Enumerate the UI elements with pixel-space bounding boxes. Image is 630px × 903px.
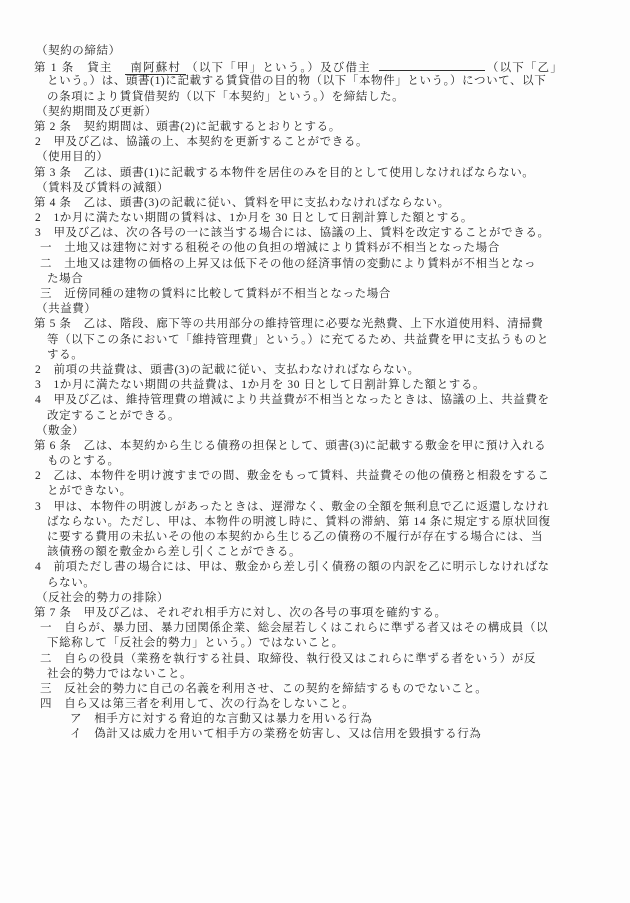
clause-heading: （反社会的勢力の排除） <box>34 591 594 606</box>
clause-heading: （契約の締結） <box>34 44 594 59</box>
item-continuation-line: 社会的勢力ではないこと。 <box>34 667 594 682</box>
paragraph-line: 4 甲及び乙は、維持管理費の増減により共益費が不相当となったときは、協議の上、共… <box>34 393 594 408</box>
clause-heading: （賃料及び賃料の減額） <box>34 181 594 196</box>
item-line: 一 土地又は建物に対する租税その他の負担の増減により賃料が不相当となった場合 <box>34 241 594 256</box>
paragraph-continuation-line: する。 <box>34 348 594 363</box>
paragraph-line: 2 甲及び乙は、協議の上、本契約を更新することができる。 <box>34 135 594 150</box>
lessor-name-filled-field: 南阿蘇村 <box>125 62 186 75</box>
paragraph-continuation-line: とができない。 <box>34 484 594 499</box>
paragraph-continuation-line: ものとする。 <box>34 454 594 469</box>
paragraph-continuation-line: の条項により賃貸借契約（以下「本契約」という。）を締結した。 <box>34 90 594 105</box>
paragraph-line: 2 1か月に満たない期間の賃料は、1か月を 30 日として日割計算した額とする。 <box>34 211 594 226</box>
item-line: 一 自らが、暴力団、暴力団関係企業、総会屋若しくはこれらに準ずる者又はその構成員… <box>34 621 594 636</box>
item-line: 三 反社会的勢力に自己の名義を利用させ、この契約を締結するものでないこと。 <box>34 682 594 697</box>
clause-heading: （使用目的） <box>34 150 594 165</box>
clause-heading: （共益費） <box>34 302 594 317</box>
paragraph-line: 2 乙は、本物件を明け渡すまでの間、敷金をもって賃料、共益費その他の債務と相殺を… <box>34 469 594 484</box>
paragraph-continuation-line: 改定することができる。 <box>34 409 594 424</box>
item-line: 二 自らの役員（業務を執行する社員、取締役、執行役又はこれらに準ずる者をいう）が… <box>34 652 594 667</box>
article-line: 第 6 条 乙は、本契約から生じる債務の担保として、頭書(3)に記載する敷金を甲… <box>34 439 594 454</box>
paragraph-continuation-line: に要する費用の未払いその他の本契約から生じる乙の債務の不履行が存在する場合には、… <box>34 530 594 545</box>
parties-text: （以下「乙」 <box>487 62 563 74</box>
clause-heading: （契約期間及び更新） <box>34 105 594 120</box>
paragraph-continuation-line: 該債務の額を敷金から差し引くことができる。 <box>34 545 594 560</box>
clause-heading: （敷金） <box>34 424 594 439</box>
article-line: 第 4 条 乙は、頭書(3)の記載に従い、賃料を甲に支払わなければならない。 <box>34 196 594 211</box>
paragraph-continuation-line: という。）は、頭書(1)に記載する賃貸借の目的物（以下「本物件」という。）につい… <box>34 74 594 89</box>
parties-text: （以下「甲」という。）及び借主 <box>186 62 371 74</box>
article-line: 第 5 条 乙は、階段、廊下等の共用部分の維持管理に必要な光熱費、上下水道使用料… <box>34 317 594 332</box>
paragraph-line: 4 前項ただし書の場合には、甲は、敷金から差し引く債務の額の内訳を乙に明示しなけ… <box>34 560 594 575</box>
subitem-line: ア 相手方に対する脅迫的な言動又は暴力を用いる行為 <box>34 712 594 727</box>
article-line: 第 7 条 甲及び乙は、それぞれ相手方に対し、次の各号の事項を確約する。 <box>34 606 594 621</box>
lessee-name-blank-field <box>379 59 485 71</box>
article-parties-line: 第 1 条 貸主 南阿蘇村（以下「甲」という。）及び借主（以下「乙」 <box>34 59 594 74</box>
paragraph-continuation-line: らない。 <box>34 576 594 591</box>
subitem-line: イ 偽計又は威力を用いて相手方の業務を妨害し、又は信用を毀損する行為 <box>34 727 594 742</box>
parties-text: 第 1 条 貸主 <box>34 62 125 74</box>
item-line: 三 近傍同種の建物の賃料に比較して賃料が不相当となった場合 <box>34 287 594 302</box>
item-continuation-line: た場合 <box>34 272 594 287</box>
item-line: 四 自ら又は第三者を利用して、次の行為をしないこと。 <box>34 697 594 712</box>
contract-page: （契約の締結）第 1 条 貸主 南阿蘇村（以下「甲」という。）及び借主（以下「乙… <box>0 0 630 903</box>
article-line: 第 2 条 契約期間は、頭書(2)に記載するとおりとする。 <box>34 120 594 135</box>
item-line: 二 土地又は建物の価格の上昇又は低下その他の経済事情の変動により賃料が不相当とな… <box>34 257 594 272</box>
article-line: 第 3 条 乙は、頭書(1)に記載する本物件を居住のみを目的として使用しなければ… <box>34 166 594 181</box>
paragraph-continuation-line: 等（以下この条において「維持管理費」という。）に充てるため、共益費を甲に支払うも… <box>34 333 594 348</box>
paragraph-line: 3 甲及び乙は、次の各号の一に該当する場合には、協議の上、賃料を改定することがで… <box>34 226 594 241</box>
paragraph-continuation-line: ばならない。ただし、甲は、本物件の明渡し時に、賃料の滞納、第 14 条に規定する… <box>34 515 594 530</box>
paragraph-line: 3 1か月に満たない期間の共益費は、1か月を 30 日として日割計算した額とする… <box>34 378 594 393</box>
contract-body: （契約の締結）第 1 条 貸主 南阿蘇村（以下「甲」という。）及び借主（以下「乙… <box>34 44 594 743</box>
item-continuation-line: 下総称して「反社会的勢力」という。）ではないこと。 <box>34 636 594 651</box>
paragraph-line: 2 前項の共益費は、頭書(3)の記載に従い、支払わなければならない。 <box>34 363 594 378</box>
paragraph-line: 3 甲は、本物件の明渡しがあったときは、遅滞なく、敷金の全額を無利息で乙に返還し… <box>34 500 594 515</box>
